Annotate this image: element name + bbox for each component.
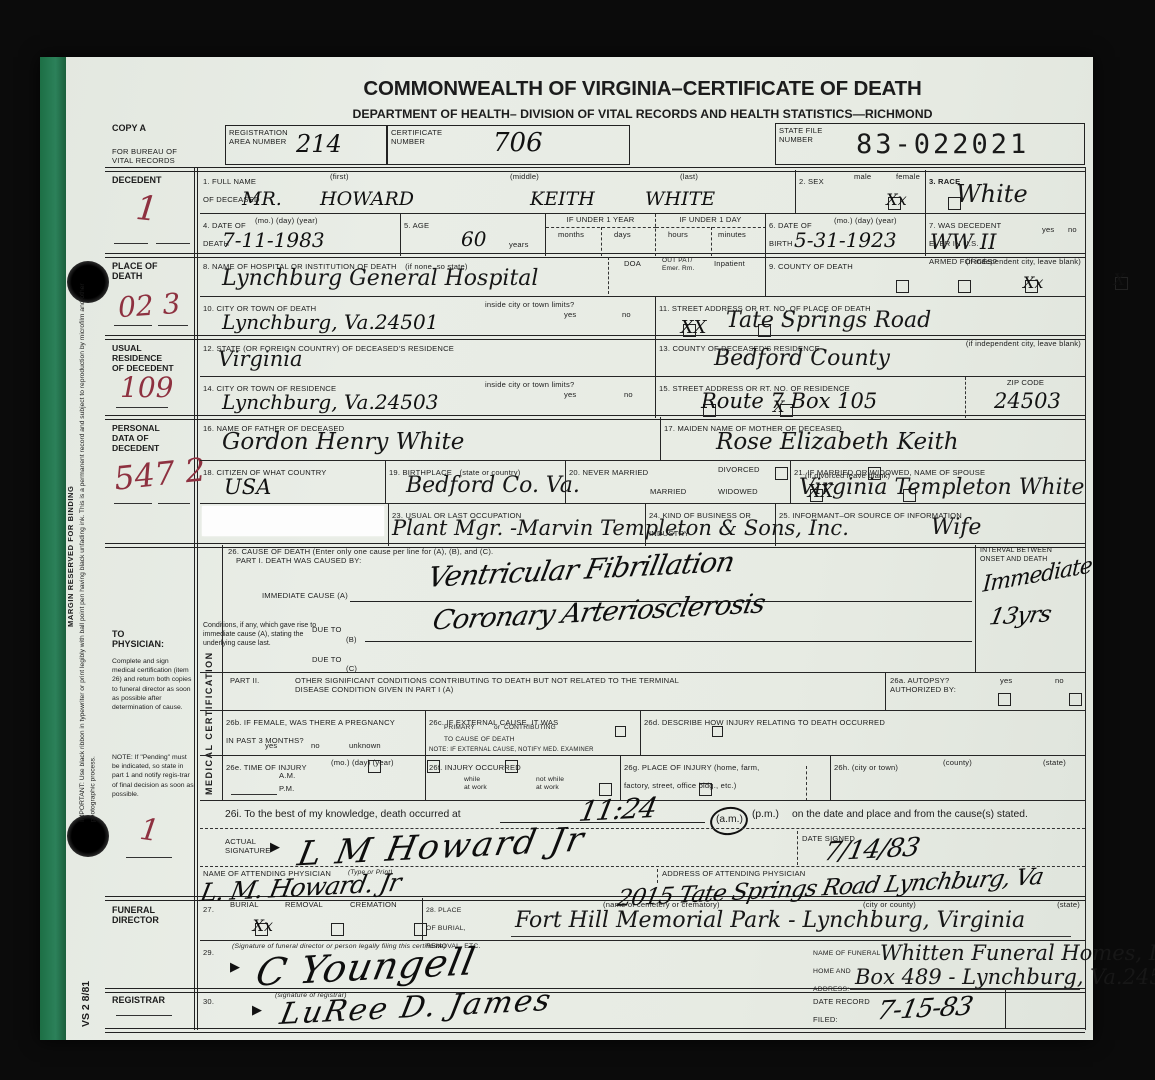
death-occurred-text-2: on the date and place and from the cause…	[792, 809, 1028, 820]
burial-hint: BURIAL	[230, 900, 259, 909]
sidebar-line	[116, 1015, 172, 1016]
first-name-value: HOWARD	[320, 188, 414, 210]
widowed-hint: WIDOWED	[718, 487, 758, 496]
residence-county-value: Bedford County	[714, 346, 890, 371]
not-while-at-work-hint: not while at work	[536, 776, 564, 793]
margin-binding-text: MARGIN RESERVED FOR BINDING	[66, 307, 75, 627]
field-place-of-burial: 28. PLACE OF BURIAL, REMOVAL, ETC. (name…	[422, 898, 1085, 940]
burial-checkbox: Xx	[255, 923, 268, 936]
sidebar-decedent: DECEDENT	[112, 175, 162, 185]
due-to-b-interval: 13yrs	[987, 601, 1053, 630]
field-registrar-signature: 30. (signature of registrar) ▶ LuRee D. …	[200, 990, 810, 1028]
or-hint: or	[494, 724, 500, 732]
male-hint: male	[854, 172, 871, 181]
state-file-value: 83-022021	[856, 129, 1029, 160]
field-residence-city: 14. CITY OR TOWN OF RESIDENCE Lynchburg,…	[200, 377, 655, 418]
field-injury-city: 26h. (city or town) (county) (state)	[830, 756, 1085, 801]
external-note: NOTE: IF EXTERNAL CAUSE, NOTIFY MED. EXA…	[429, 747, 594, 755]
inpatient-hint: Inpatient	[714, 259, 745, 268]
never-married-hint: 20. NEVER MARRIED	[569, 468, 648, 477]
certificate-subtitle: DEPARTMENT OF HEALTH– DIVISION OF VITAL …	[200, 107, 1085, 121]
last-name-value: WHITE	[645, 188, 715, 210]
sidebar-usual-residence: USUAL RESIDENCE OF DECEDENT	[112, 343, 174, 373]
date-of-birth-value: 5-31-1923	[794, 228, 897, 252]
field-disposition: 27. BURIAL REMOVAL CREMATION Xx	[200, 898, 422, 940]
field-armed-forces: 7. WAS DECEDENT EVER IN U.S. ARMED FORCE…	[925, 214, 1085, 256]
residence-state-value: Virginia	[218, 347, 302, 371]
date-filed-value: 7-15-83	[875, 992, 975, 1027]
state-file-box: STATE FILE NUMBER 83-022021	[775, 123, 1085, 165]
field-injury-description: 26d. DESCRIBE HOW INJURY RELATING TO DEA…	[640, 711, 1085, 756]
place-of-injury-label: 26g. PLACE OF INJURY (home, farm, factor…	[624, 763, 759, 790]
middle-name-value: KEITH	[530, 188, 595, 210]
certificate-number-box: CERTIFICATE NUMBER 706	[387, 125, 630, 165]
unknown-hint: unknown	[349, 741, 381, 750]
row-hospital: 8. NAME OF HOSPITAL OR INSTITUTION OF DE…	[200, 255, 1085, 296]
row-cause-of-death: 26. CAUSE OF DEATH (Enter only one cause…	[200, 545, 1085, 672]
minutes-hint: minutes	[718, 230, 746, 239]
pm-option: (p.m.)	[752, 809, 779, 820]
date-of-death-value: 7-11-1983	[222, 228, 325, 252]
field-marital-status: 20. NEVER MARRIED DIVORCED MARRIED XX WI…	[565, 461, 790, 504]
removal-hint: REMOVAL	[285, 900, 323, 909]
primary-hint: PRIMARY	[444, 724, 475, 732]
field-pregnancy: 26b. IF FEMALE, WAS THERE A PREGNANCY IN…	[223, 711, 425, 756]
sidebar-personal-data: PERSONAL DATA OF DECEDENT	[112, 423, 160, 453]
autopsy-yes-checkbox	[998, 693, 1011, 706]
days-hint: days	[614, 230, 631, 239]
yes-hint: yes	[564, 310, 576, 319]
birthplace-value: Bedford Co. Va.	[406, 473, 580, 498]
contributing-hint: CONTRIBUTING	[504, 724, 556, 732]
field-external-cause: 26c. IF EXTERNAL CAUSE, IT WAS PRIMARY o…	[425, 711, 640, 756]
zip-value: 24503	[994, 389, 1061, 413]
autopsy-label: 26a. AUTOPSY? AUTHORIZED BY:	[890, 676, 956, 695]
field-funeral-signature: 29. (Signature of funeral director or pe…	[200, 941, 810, 991]
redaction-box	[202, 506, 384, 536]
field-birthplace: 19. BIRTHPLACE (state or country) Bedfor…	[385, 461, 565, 504]
row-funeral-director: 29. (Signature of funeral director or pe…	[200, 940, 1085, 990]
while-at-work-hint: while at work	[464, 776, 487, 793]
registration-area-box: REGISTRATION AREA NUMBER 214	[225, 125, 387, 165]
county-of-death-label: 9. COUNTY OF DEATH	[769, 262, 853, 271]
row-parents: 16. NAME OF FATHER OF DECEASED Gordon He…	[200, 417, 1085, 460]
bureau-label: FOR BUREAU OF VITAL RECORDS	[112, 147, 177, 166]
yes-hint: yes	[1000, 676, 1012, 685]
certificate-paper: MARGIN RESERVED FOR BINDING IMPORTANT: U…	[40, 57, 1093, 1040]
dob-units: (mo.) (day) (year)	[834, 216, 897, 225]
age-unit: years	[509, 240, 529, 249]
divider	[105, 1028, 1085, 1033]
funeral-home-name: Whitten Funeral Homes, Inc.	[880, 941, 1155, 965]
arrow-icon: ▶	[230, 959, 240, 975]
row-city-of-death: 10. CITY OR TOWN OF DEATH Lynchburg, Va.…	[200, 296, 1085, 337]
row-residence-city: 14. CITY OR TOWN OF RESIDENCE Lynchburg,…	[200, 376, 1085, 417]
divorced-hint: DIVORCED	[718, 465, 760, 474]
date-units: (mo.) (day) (year)	[255, 216, 318, 225]
informant-value: Wife	[931, 515, 981, 540]
margin-important-text: IMPORTANT: Use black ribbon in typewrite…	[78, 282, 100, 822]
b-label: (B)	[346, 635, 357, 644]
actual-signature-label: ACTUAL SIGNATURE	[225, 837, 271, 856]
citizen-value: USA	[224, 475, 271, 499]
field-full-name: 1. FULL NAME OF DECEASED (first) (middle…	[200, 170, 795, 213]
row-part2: PART II. OTHER SIGNIFICANT CONDITIONS CO…	[200, 672, 1085, 710]
field-30-label: 30.	[203, 997, 214, 1006]
row-signature: ACTUAL SIGNATURE ▶ L M Howard Jr DATE SI…	[200, 828, 1085, 866]
hospital-value: Lynchburg General Hospital	[222, 266, 538, 291]
field-29-label: 29.	[203, 948, 214, 957]
immediate-cause-label: IMMEDIATE CAUSE (A)	[262, 591, 348, 600]
spouse-value: Virginia Templeton White	[799, 475, 1084, 500]
no-hint: no	[1055, 676, 1064, 685]
due-to-b-value: Coronary Arteriosclerosis	[430, 588, 767, 636]
no-hint: no	[311, 741, 320, 750]
sidebar-line	[156, 243, 190, 244]
field-under-1-year: IF UNDER 1 YEAR months days	[545, 214, 655, 256]
autopsy-no-checkbox	[1069, 693, 1082, 706]
row-death-date: 4. DATE OF DEATH (mo.) (day) (year) 7-11…	[200, 213, 1085, 255]
race-value: White	[956, 180, 1028, 208]
county-hint: (if independent city, leave blank)	[966, 257, 1081, 266]
conditions-note: Conditions, if any, which gave rise to i…	[203, 621, 328, 648]
primary-checkbox	[615, 726, 626, 737]
field-time-of-injury: 26e. TIME OF INJURY (mo.) (day) (year) A…	[223, 756, 425, 801]
arrow-icon: ▶	[270, 839, 280, 855]
place-of-burial-value: Fort Hill Memorial Park - Lynchburg, Vir…	[515, 908, 1025, 933]
row-residence-state: 12. STATE (OR FOREIGN COUNTRY) OF DECEAS…	[200, 337, 1085, 376]
limits-hint: inside city or town limits?	[485, 380, 574, 389]
field-street-of-death: 11. STREET ADDRESS OR RT. NO. OF PLACE O…	[655, 297, 1085, 338]
field-under-1-day: IF UNDER 1 DAY hours minutes	[655, 214, 765, 256]
first-hint: (first)	[330, 172, 349, 181]
field-hospital: 8. NAME OF HOSPITAL OR INSTITUTION OF DE…	[200, 255, 765, 296]
field-city-of-death: 10. CITY OR TOWN OF DEATH Lynchburg, Va.…	[200, 297, 655, 338]
street-of-death-value: Tate Springs Road	[726, 308, 931, 333]
due-to-c-label: DUE TO	[312, 655, 342, 664]
arrow-icon: ▶	[252, 1002, 262, 1018]
row-26i: 26i. To the best of my knowledge, death …	[200, 800, 1085, 828]
sidebar-physician-note1: Complete and sign medical certification …	[112, 657, 192, 712]
no-hint: no	[622, 310, 631, 319]
row-personal: 18. CITIZEN OF WHAT COUNTRY USA 19. BIRT…	[200, 460, 1085, 503]
row-26bcd: 26b. IF FEMALE, WAS THERE A PREGNANCY IN…	[200, 710, 1085, 755]
injury-county-hint: (county)	[943, 758, 972, 767]
field-age: 5. AGE 60 years	[400, 214, 545, 256]
death-occurred-text: 26i. To the best of my knowledge, death …	[225, 809, 461, 820]
doa-hint: DOA	[624, 259, 641, 268]
field-date-filed: DATE RECORD FILED: 7-15-83	[810, 990, 1005, 1028]
field-residence-state: 12. STATE (OR FOREIGN COUNTRY) OF DECEAS…	[200, 337, 655, 376]
outpatient-hint: OUT PAT/ Emer. Rm.	[662, 257, 695, 273]
sidebar-residence-code: 109	[120, 371, 173, 404]
cremation-hint: CREMATION	[350, 900, 397, 909]
under-1-day-label: IF UNDER 1 DAY	[659, 215, 762, 224]
row-full-name: 1. FULL NAME OF DECEASED (first) (middle…	[200, 170, 1085, 213]
occupation-value: Plant Mgr. -Marvin Templeton & Sons, Inc…	[392, 516, 849, 540]
no-hint: no	[624, 390, 633, 399]
no-hint: no	[1068, 225, 1077, 234]
field-spouse: 21. IF MARRIED OR WIDOWED, NAME OF SPOUS…	[790, 461, 1085, 504]
sidebar-registrar: REGISTRAR	[112, 995, 165, 1005]
field-county-of-death: 9. COUNTY OF DEATH (if independent city,…	[765, 255, 1085, 296]
date-signed-value: 7/14/83	[822, 833, 922, 868]
middle-hint: (middle)	[510, 172, 539, 181]
field-empty	[1005, 990, 1085, 1028]
sidebar-decedent-code: 1	[134, 188, 160, 230]
mother-value: Rose Elizabeth Keith	[716, 429, 959, 455]
sidebar-line	[114, 243, 148, 244]
sidebar-place-of-death: PLACE OF DEATH	[112, 261, 158, 281]
certificate-title: COMMONWEALTH OF VIRGINIA–CERTIFICATE OF …	[200, 77, 1085, 101]
am-hint: A.M.	[279, 771, 295, 780]
to-cause-hint: TO CAUSE OF DEATH	[444, 736, 515, 744]
sidebar-physician-code: 1	[138, 812, 162, 849]
date-filed-label: DATE RECORD FILED:	[813, 997, 870, 1024]
age-value: 60	[461, 227, 486, 251]
field-zip: ZIP CODE 24503	[965, 377, 1085, 418]
field-citizen: 18. CITIZEN OF WHAT COUNTRY USA	[200, 461, 385, 504]
injury-state-hint: (state)	[1043, 758, 1066, 767]
pm-hint: P.M.	[279, 784, 294, 793]
sidebar-line	[158, 503, 190, 504]
field-sex: 2. SEX male female Xx	[795, 170, 925, 213]
field-father: 16. NAME OF FATHER OF DECEASED Gordon He…	[200, 417, 660, 460]
sidebar-line	[114, 503, 152, 504]
injury-description-label: 26d. DESCRIBE HOW INJURY RELATING TO DEA…	[644, 718, 885, 727]
binding-green-strip	[40, 57, 66, 1040]
copy-label: COPY A	[112, 123, 146, 133]
city-of-death-value: Lynchburg, Va.24501	[222, 310, 438, 334]
under-1-year-label: IF UNDER 1 YEAR	[549, 215, 652, 224]
field-funeral-home: NAME OF FUNERAL HOME AND ADDRESS: Whitte…	[810, 941, 1085, 991]
sidebar-to-physician: TO PHYSICIAN:	[112, 629, 164, 649]
months-hint: months	[558, 230, 584, 239]
row-burial: 27. BURIAL REMOVAL CREMATION Xx 28. PLAC…	[200, 898, 1085, 940]
sidebar-line	[158, 325, 188, 326]
field-residence-street: 15. STREET ADDRESS OR RT. NO. OF RESIDEN…	[655, 377, 965, 418]
sidebar-line	[116, 407, 168, 408]
certificate-number-value: 706	[493, 128, 543, 158]
part2-text: OTHER SIGNIFICANT CONDITIONS CONTRIBUTIN…	[295, 676, 855, 695]
yes-hint: yes	[1042, 225, 1054, 234]
name-prefix-value: MR.	[242, 188, 282, 210]
row-physician: NAME OF ATTENDING PHYSICIAN (Type or Pri…	[200, 866, 1085, 898]
part1-label: PART I. DEATH WAS CAUSED BY:	[236, 556, 361, 565]
removal-checkbox	[331, 923, 344, 936]
sidebar-place-code: 02 3	[117, 287, 181, 324]
row-occupation: 23. USUAL OR LAST OCCUPATION 24. KIND OF…	[200, 503, 1085, 545]
am-circled: (a.m.)	[716, 814, 743, 825]
state-hint: (state)	[1057, 900, 1080, 909]
sidebar-physician-note2: NOTE: If "Pending" must be indicated, so…	[112, 753, 194, 799]
father-value: Gordon Henry White	[222, 429, 464, 455]
residence-city-value: Lynchburg, Va.24503	[222, 390, 438, 414]
row-registrar: 30. (signature of registrar) ▶ LuRee D. …	[200, 990, 1085, 1028]
field-residence-county: 13. COUNTY OF DECEASED'S RESIDENCE (if i…	[655, 337, 1085, 376]
residence-county-hint: (if independent city, leave blank)	[966, 339, 1081, 348]
scanned-death-certificate: MARGIN RESERVED FOR BINDING IMPORTANT: U…	[0, 0, 1155, 1080]
injury-units: (mo.) (day) (year)	[331, 758, 394, 767]
armed-forces-value: WW II	[930, 230, 996, 254]
field-date-of-birth: 6. DATE OF BIRTH (mo.) (day) (year) 5-31…	[765, 214, 925, 256]
female-hint: female	[896, 172, 920, 181]
residence-street-value: Route 7 Box 105	[701, 389, 877, 413]
registration-area-value: 214	[296, 130, 342, 158]
limits-hint: inside city or town limits?	[485, 300, 574, 309]
time-of-death-value: 11:24	[576, 791, 659, 828]
married-hint: MARRIED	[650, 487, 686, 496]
yes-hint: yes	[564, 390, 576, 399]
field-mother: 17. MAIDEN NAME OF MOTHER OF DECEASED Ro…	[660, 417, 1085, 460]
sex-label: 2. SEX	[799, 177, 824, 186]
form-number: VS 2 8/81	[80, 937, 92, 1027]
injury-city-label: 26h. (city or town)	[834, 763, 898, 772]
funeral-home-address: Box 489 - Lynchburg, Va.24505	[855, 965, 1155, 989]
yes-hint: yes	[265, 741, 277, 750]
armed-forces-yes-checkbox: X	[1115, 277, 1128, 290]
sidebar-line	[126, 857, 172, 858]
hours-hint: hours	[668, 230, 688, 239]
sidebar-funeral-director: FUNERAL DIRECTOR	[112, 905, 159, 925]
field-date-of-death: 4. DATE OF DEATH (mo.) (day) (year) 7-11…	[200, 214, 400, 256]
registrar-signature: LuRee D. James	[277, 983, 555, 1032]
field-race: 3. RACE White	[925, 170, 1085, 213]
never-married-checkbox	[775, 467, 788, 480]
age-label: 5. AGE	[404, 221, 429, 230]
divider	[1085, 167, 1086, 1030]
last-hint: (last)	[680, 172, 698, 181]
part2-label: PART II.	[230, 676, 259, 685]
disposition-label: 27.	[203, 905, 214, 914]
field-redacted	[200, 504, 388, 546]
sidebar-line	[114, 325, 152, 326]
male-checkbox: Xx	[888, 197, 901, 210]
zip-label: ZIP CODE	[969, 378, 1082, 387]
injury-occurred-label: 26f. INJURY OCCURRED	[429, 763, 521, 772]
